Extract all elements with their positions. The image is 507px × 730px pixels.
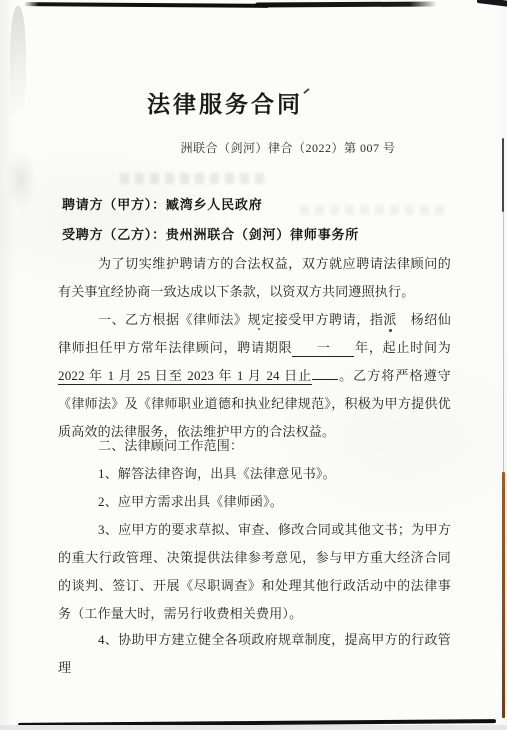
- document-number: 洲联合（剑河）律合（2022）第 007 号: [148, 139, 428, 156]
- scanned-contract-page: 法律服务合同 洲联合（剑河）律合（2022）第 007 号 聘请方（甲方）：臧湾…: [0, 0, 507, 730]
- scan-smudge-left: [10, 6, 26, 122]
- term-blank-filled: 一: [292, 340, 354, 357]
- scan-edge-right-dark: [502, 138, 504, 212]
- scan-edge-right-brown: [502, 472, 505, 718]
- intro-paragraph: 为了切实维护聘请方的合法权益，双方就应聘请法律顾问的有关事宜经协商一致达成以下条…: [58, 250, 451, 306]
- clause-1-paragraph: 一、乙方根据《律师法》规定接受甲方聘请，指派 杨绍仙律师担任甲方常年法律顾问，聘…: [58, 306, 451, 446]
- clause-2-heading: 二、法律顾问工作范围：: [58, 432, 451, 460]
- contract-title: 法律服务合同: [95, 86, 355, 119]
- clause-1-text-b: 年，起止时间为: [354, 340, 451, 355]
- scan-smudge-left-2: [6, 150, 36, 210]
- term-blank-tail: [312, 379, 338, 380]
- bleed-through-ghost-text: [120, 173, 270, 184]
- scan-edge-top-right: [255, 2, 437, 8]
- scope-item-2: 2、应甲方需求出具《律师函》。: [58, 488, 451, 516]
- scan-corner-mark: [477, 0, 507, 7]
- scope-item-3: 3、应甲方的要求草拟、审查、修改合同或其他文书；为甲方的重大行政管理、决策提供法…: [58, 516, 451, 628]
- party-a-line: 聘请方（甲方）：臧湾乡人民政府: [62, 194, 263, 213]
- scan-bottom-strip: [0, 725, 507, 730]
- scope-item-1: 1、解答法律咨询，出具《法律意见书》。: [58, 460, 451, 488]
- scan-edge-top-left: [24, 2, 269, 8]
- scope-item-4: 4、协助甲方建立健全各项政府规章制度，提高甲方的行政管理: [58, 626, 451, 682]
- term-dates-underlined: 2022 年 1 月 25 日至 2023 年 1 月 24 日止: [58, 368, 312, 385]
- party-b-line: 受聘方（乙方）：贵州洲联合（剑河）律师事务所: [62, 224, 359, 243]
- scan-edge-right-faint: [503, 212, 505, 472]
- bleed-through-ghost-text-2: [300, 205, 450, 215]
